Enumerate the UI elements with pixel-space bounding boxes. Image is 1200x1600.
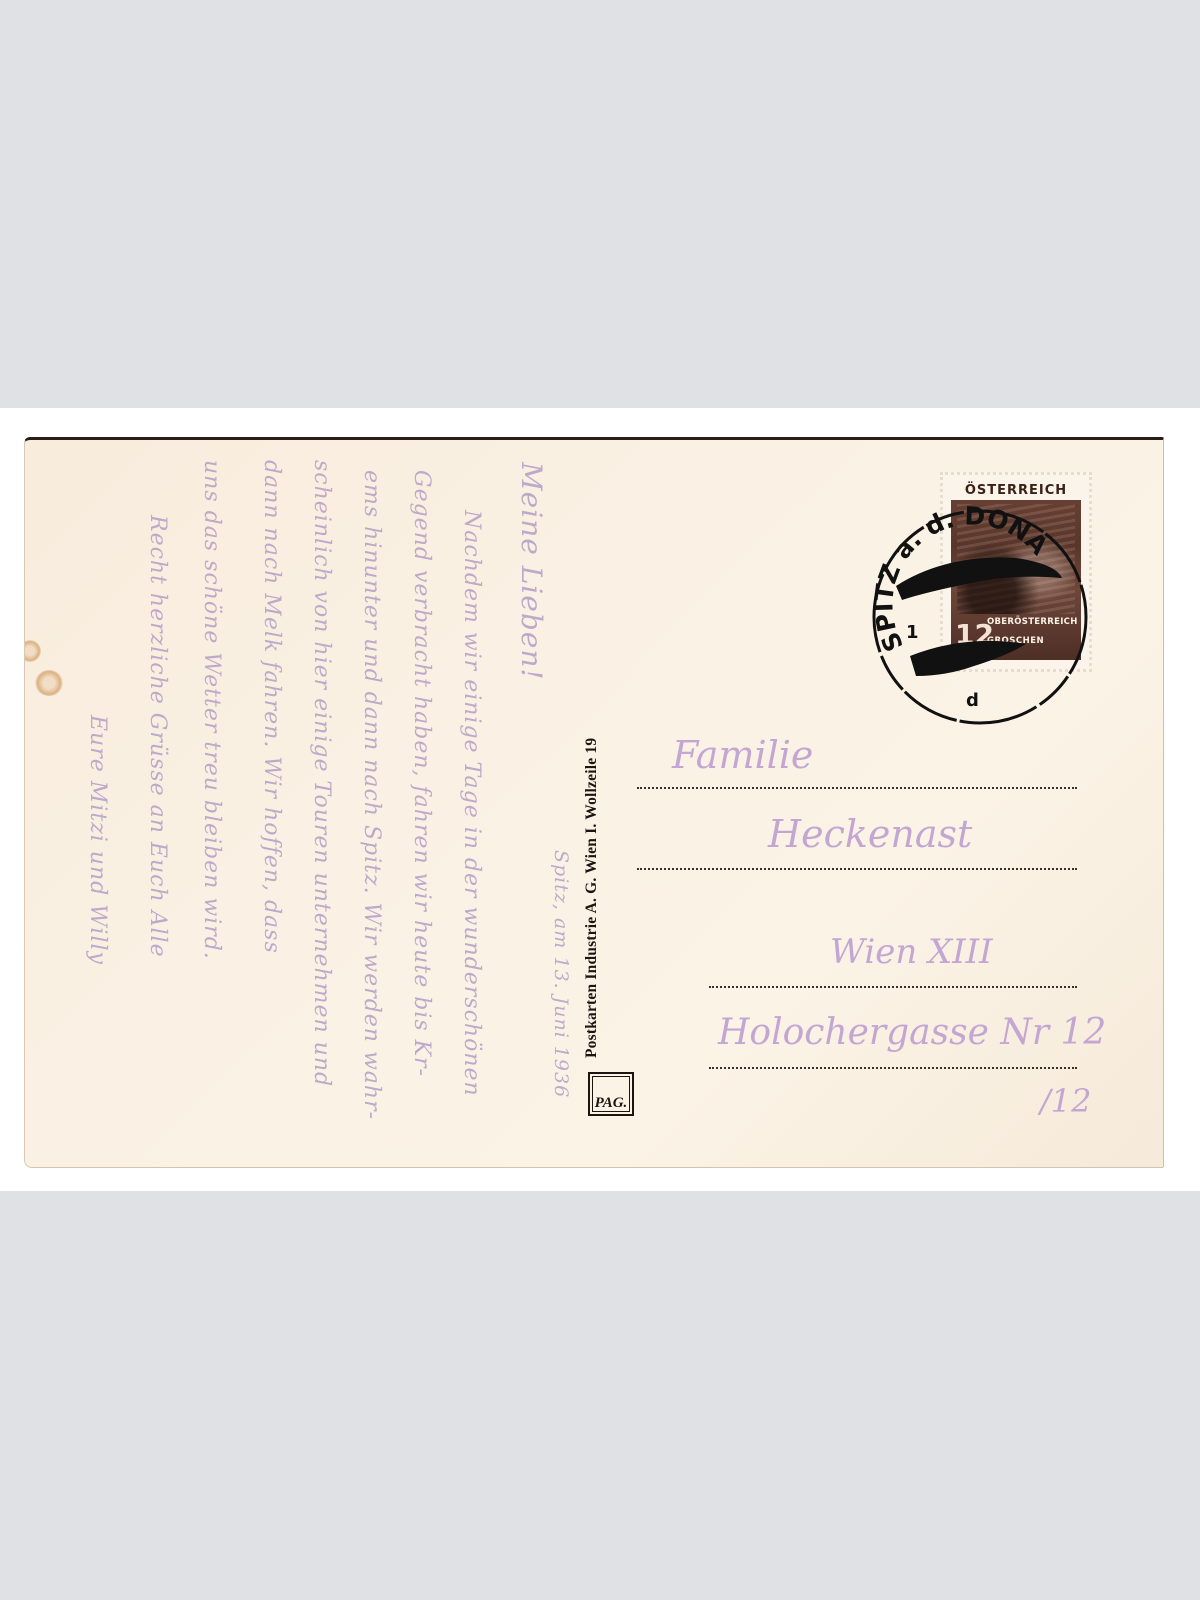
address-extra: /12 bbox=[1040, 1082, 1092, 1120]
postmark-index: d bbox=[966, 690, 979, 711]
message-line: scheinlich von hier einige Touren untern… bbox=[309, 460, 334, 1087]
cancel-bar-bottom bbox=[910, 641, 1026, 676]
message-line: Nachdem wir einige Tage in der wundersch… bbox=[459, 510, 484, 1097]
printer-imprint: Postkarten Industrie A. G. Wien I. Wollz… bbox=[583, 738, 601, 1058]
message-line: Gegend verbracht haben, fahren wir heute… bbox=[409, 470, 434, 1077]
publisher-logo: PAG. bbox=[588, 1072, 634, 1116]
stamp-country: ÖSTERREICH bbox=[951, 482, 1081, 500]
message-line: uns das schöne Wetter treu bleiben wird. bbox=[199, 460, 224, 960]
address-line-4: Holochergasse Nr 12 bbox=[718, 1012, 1106, 1053]
foxing-stain bbox=[24, 640, 41, 662]
address-line-1: Familie bbox=[672, 733, 813, 777]
message-line: Recht herzliche Grüsse an Euch Alle bbox=[145, 515, 170, 958]
message-line: Eure Mitzi und Willy bbox=[85, 715, 110, 965]
address-line-3: Wien XIII bbox=[830, 932, 993, 972]
cancel-bar-top bbox=[896, 558, 1062, 600]
message-salutation: Meine Lieben! bbox=[515, 462, 548, 681]
message-line: dann nach Melk fahren. Wir hoffen, dass bbox=[259, 460, 284, 954]
address-rule bbox=[709, 1067, 1077, 1069]
address-line-2: Heckenast bbox=[768, 812, 972, 856]
message-line: ems hinunter und dann nach Spitz. Wir we… bbox=[359, 470, 384, 1120]
address-rule bbox=[709, 986, 1077, 988]
postmark-date: 1 bbox=[906, 622, 919, 643]
address-rule bbox=[637, 868, 1077, 870]
message-dateline: Spitz, am 13. Juni 1936 bbox=[550, 850, 572, 1098]
publisher-logo-text: PAG. bbox=[592, 1076, 630, 1112]
foxing-stain bbox=[35, 670, 63, 696]
postmark-cancellation: SPITZ a. d. DONAU 1 d bbox=[866, 506, 1094, 728]
address-rule bbox=[637, 787, 1077, 789]
